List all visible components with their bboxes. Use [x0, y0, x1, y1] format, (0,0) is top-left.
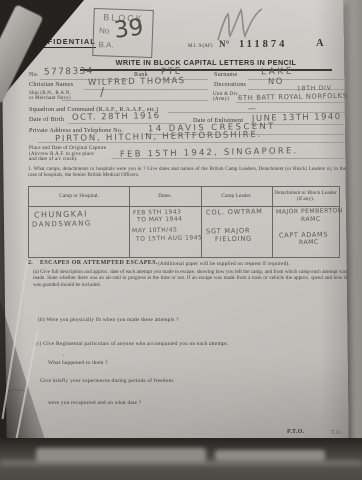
recaptured-question: were you recaptured and on what date ? [48, 400, 141, 406]
block-stamp: BLOCK No B.A. 39 [92, 8, 154, 58]
section2-heading: ESCAPES OR ATTEMPTED ESCAPES. [40, 260, 158, 266]
no-value: 5778334 [44, 66, 94, 77]
block-leader-entry-4: RAMC [299, 239, 319, 246]
section2-item-c: (c) Give Regimental particulars of anyon… [35, 341, 228, 347]
table-header-leader: Camp Leader. [201, 193, 272, 199]
pto-back-page-label: T.O. [331, 430, 342, 436]
form-reference: M.I. 9/(AF) [188, 44, 213, 49]
decorations-value: NO [268, 77, 284, 87]
surname-label: Surname [214, 71, 237, 78]
camp-entry-2: DANDSWANG [32, 219, 92, 228]
unit-label-line2: (Army) [213, 97, 229, 103]
leader-entry-1: COL. OWTRAM [206, 207, 263, 216]
table-header-block-leader: Detachment or Block Leader (if any). [274, 190, 337, 202]
capture-label-line3: and date of a/c crash). [29, 157, 78, 163]
table-header-dates: Dates. [129, 193, 201, 199]
section2-item-b: (b) Were you physically fit when you mad… [38, 317, 179, 323]
dates-entry-3: MAY 10TH/45 [132, 227, 177, 235]
table-header-camp: Camp or Hospital. [29, 193, 129, 199]
experiences-question: Give briefly your experiences during per… [40, 378, 175, 384]
leader-entry-3: FIELDING [215, 235, 252, 244]
christian-names-label: Christian Names [29, 81, 73, 88]
section2-item-a: (a) Give full description and approx. da… [33, 269, 347, 288]
no-label: No. [29, 71, 39, 78]
ship-label-line2: or Merchant Navy) [29, 96, 71, 102]
serial-number: 111874 [239, 39, 287, 50]
document-photo: CONFIDENTIAL BLOCK No B.A. 39 M.I. 9/(AF… [0, 0, 362, 480]
stamp-line3: B.A. [98, 40, 113, 50]
dates-entry-2: TO MAY 1944 [137, 216, 183, 224]
block-leader-entry-2: RAMC [301, 216, 321, 223]
decorations-label: Decorations [214, 81, 246, 88]
unit-division-note: 18TH DIV [297, 85, 332, 93]
instruction-banner: WRITE IN BLOCK CAPITAL LETTERS IN PENCIL [80, 58, 332, 71]
camp-entry-1: CHUNGKAI [34, 209, 88, 219]
pto-label: P.T.O. [287, 429, 304, 435]
section2-number: 2. [28, 260, 33, 266]
what-happened-question: What happened to them ? [48, 360, 108, 366]
section1-intro: 1. What camps, detachments or hospitals … [28, 166, 346, 179]
date-of-birth-label: Date of Birth [29, 116, 64, 123]
serial-suffix: A [316, 38, 324, 49]
stamp-line2: No [99, 26, 110, 35]
squadron-value-dash: — [248, 104, 258, 113]
dates-entry-4: TO 15TH AUG 1945 [136, 234, 202, 242]
paper-stack-edge [0, 460, 362, 466]
serial-prefix: N° [219, 39, 230, 49]
date-of-birth-value: OCT. 28TH 1916 [72, 111, 161, 123]
block-leader-entry-1: MAJOR PEMBERTON [276, 207, 343, 215]
ship-value: / [100, 85, 106, 99]
item-c-pencil-mark: , [63, 350, 66, 357]
stamp-number-handwritten: 39 [113, 15, 145, 44]
camps-table: Camp or Hospital. Dates. Camp Leader. De… [28, 186, 340, 258]
surname-value: LAKE [261, 67, 294, 78]
section2-heading-note: (Additional paper will be supplied on re… [158, 261, 290, 267]
